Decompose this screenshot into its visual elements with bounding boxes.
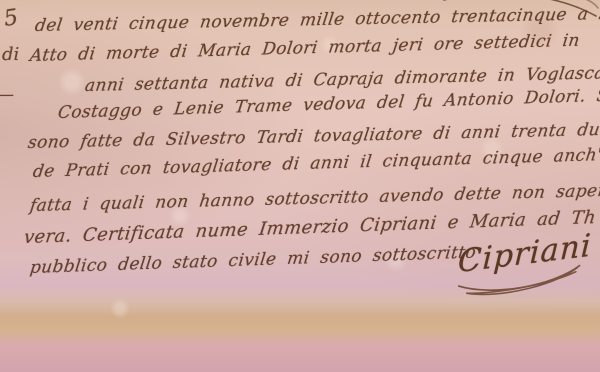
manuscript-line: Atto di morte di Maria Dolori morta jeri…: [29, 31, 581, 66]
margin-fragment: di: [2, 44, 19, 65]
margin-fragment: —: [0, 84, 14, 105]
margin-fragment: 5: [2, 5, 19, 32]
ink-layer: 5 di — del venti cinque novembre mille o…: [0, 0, 600, 372]
manuscript-photo: 5 di — del venti cinque novembre mille o…: [0, 0, 600, 372]
signature: Cipriani: [457, 227, 592, 280]
manuscript-line: pubblico dello stato civile mi sono sott…: [29, 242, 478, 278]
manuscript-line: del venti cinque novembre mille ottocent…: [34, 3, 600, 36]
